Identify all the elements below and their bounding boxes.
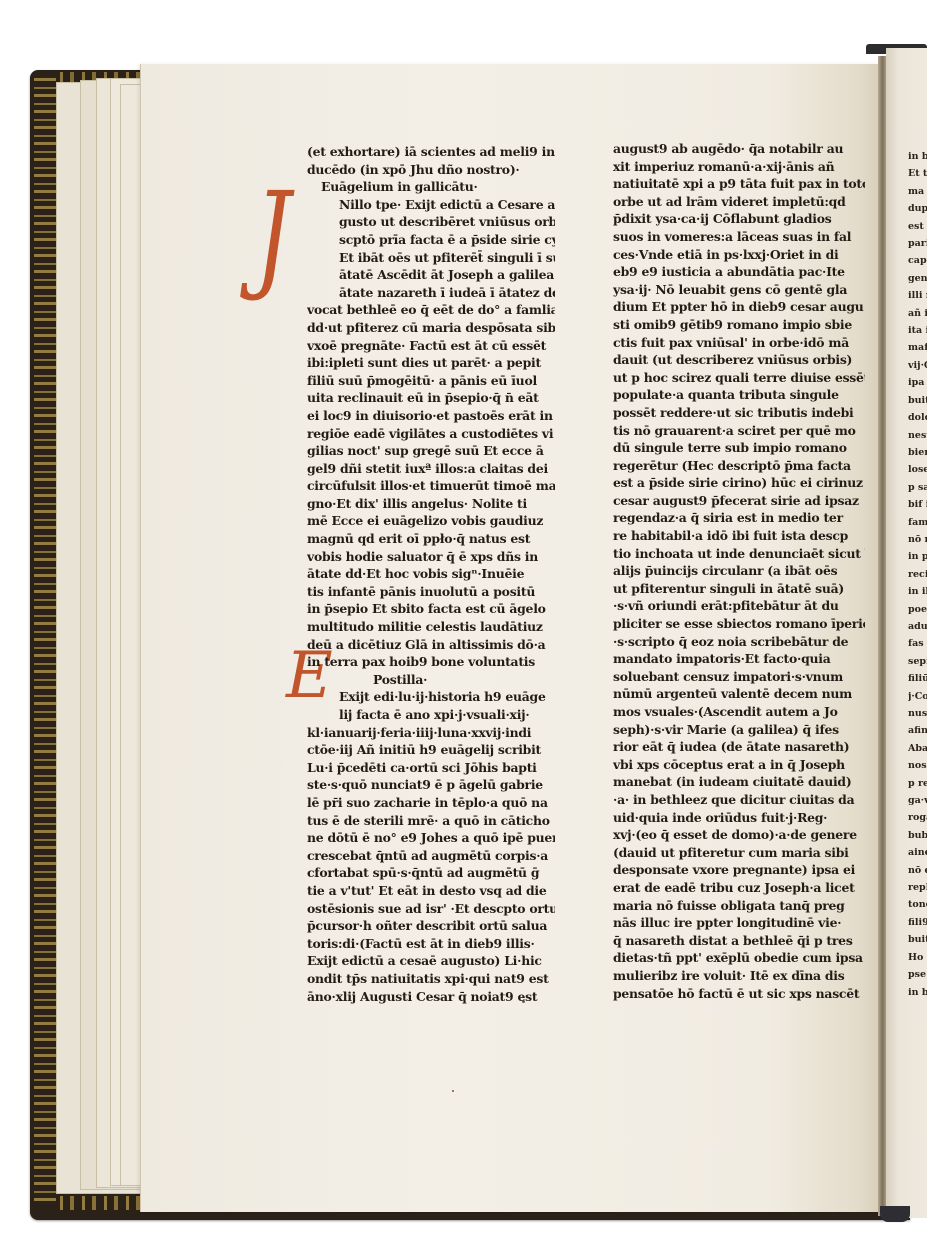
text-line: ·a· in bethleez que dicitur ciuitas da	[613, 791, 865, 809]
postilla-heading: Postilla·	[307, 671, 555, 689]
text-line: tio inchoata ut inde denunciaēt sicut ī	[613, 545, 865, 563]
text-line: mandato impatoris·Et facto·quia	[613, 650, 865, 668]
text-line: scptō prīa facta ē a p̄side sirie cyrino	[307, 231, 555, 249]
facing-text-line: aine	[908, 844, 927, 861]
facing-text-line: illi m	[908, 287, 927, 304]
text-line: dietas·tñ ppt' exēplū obedie cum ipsa	[613, 949, 865, 967]
text-line: crescebat q̄ntū ad augmētū corpis·a	[307, 847, 555, 865]
text-line: regerētur (Hec descriptō p̄ma facta	[613, 457, 865, 475]
facing-text-line: vij·G	[908, 357, 927, 374]
text-line: lē pr̄i suo zacharie in tēplo·a quō na	[307, 794, 555, 812]
facing-text-line: pse	[908, 966, 927, 983]
left-text-column: (et exhortare) iā scientes ad meli9 indu…	[307, 143, 555, 1005]
text-line: pliciter se esse sbiectos romano īperio	[613, 615, 865, 633]
facing-text-line: p sap	[908, 479, 927, 496]
text-line: Exijt edictū a cesaē augusto) Li·hic	[307, 952, 555, 970]
facing-text-line: j·Cog	[908, 688, 927, 705]
text-line: manebat (in iudeam ciuitatē dauid)	[613, 773, 865, 791]
text-line: Euāgelium in gallicātu·	[307, 178, 555, 196]
facing-text-line: parit	[908, 235, 927, 252]
facing-text-line: nō rei	[908, 531, 927, 548]
text-line: (dauid ut pfiteretur cum maria sibi	[613, 844, 865, 862]
text-line: ne dōtū ē no° e9 Johes a quō ipē puer	[307, 829, 555, 847]
facing-text-line: afin9	[908, 722, 927, 739]
text-line: ātate dd·Et hoc vobis sigⁿ·Inuēie	[307, 565, 555, 583]
text-line: kl·ianuarij·feria·iiij·luna·xxvij·indi	[307, 724, 555, 742]
text-line: orbe ut ad lrām videret impletū:qd	[613, 193, 865, 211]
text-line: ostēsionis sue ad isr' ·Et descpto ortu	[307, 900, 555, 918]
facing-text-line: biem	[908, 444, 927, 461]
text-line: dd·ut pfiterez cū maria despōsata sibi	[307, 319, 555, 337]
facing-text-line: Ho	[908, 949, 927, 966]
text-line: p̄dixit ysa·ca·ij Cōflabunt gladios	[613, 210, 865, 228]
facing-text-line: dup c	[908, 200, 927, 217]
text-line: ste·s·quō nunciat9 ē p āgelū gabrie	[307, 776, 555, 794]
text-line: ces·Vnde etiā in ps·lxxj·Oriet in di	[613, 246, 865, 264]
text-line: gel9 dñi stetit iuxª illos:a claitas dei	[307, 460, 555, 478]
facing-text-line: genit	[908, 270, 927, 287]
text-line: Nillo tpe· Exijt edictū a Cesare au	[307, 196, 555, 214]
text-line: ctōe·iij Añ initiū h9 euāgelij scribit	[307, 741, 555, 759]
facing-text-line: nō er	[908, 862, 927, 879]
text-line: desponsate vxore pregnante) ipsa ei	[613, 861, 865, 879]
text-line: ·s·vñ oriundi erāt:pfitebātur āt du	[613, 597, 865, 615]
facing-text-line: dolo	[908, 409, 927, 426]
facing-text-line: nus p	[908, 705, 927, 722]
book-gutter	[878, 56, 886, 1216]
facing-text-line: mafst	[908, 339, 927, 356]
text-line: xit imperiuz romanū·a·xij·ānis añ	[613, 158, 865, 176]
facing-text-line: lose g	[908, 461, 927, 478]
text-line: maria nō fuisse obligata tanq̄ preg	[613, 897, 865, 915]
text-line: soluebant censuz impatori·s·vnum	[613, 668, 865, 686]
text-line: ducēdo (in xpō Jhu dño nostro)·	[307, 161, 555, 179]
text-line: eb9 e9 iusticia a abundātia pac·Ite	[613, 263, 865, 281]
text-line: suos in vomeres:a lāceas suas in fal	[613, 228, 865, 246]
text-line: gusto ut describēret vniūsus orb·h̄ de	[307, 213, 555, 231]
facing-text-line: ma ci	[908, 183, 927, 200]
facing-text-line: tono	[908, 896, 927, 913]
text-line: multitudo militie celestis laudātiuz	[307, 618, 555, 636]
facing-page-text: in betEt tuma cidup cest oparitcaptageni…	[908, 148, 927, 1001]
facing-text-line: in pta	[908, 548, 927, 565]
text-line: lij facta ē ano xpi·j·vsuali·xij·	[307, 706, 555, 724]
text-line: nās illuc ire ppter longitudinē vie·	[613, 914, 865, 932]
text-line: p̄cursor·h oñter describit ortū salua	[307, 917, 555, 935]
text-line: possēt reddere·ut sic tributis indebi	[613, 404, 865, 422]
facing-cover-bottom	[880, 1206, 910, 1222]
text-line: ibi:ipleti sunt dies ut parēt· a pepit	[307, 354, 555, 372]
text-line: cfortabat spū·s·q̄ntū ad augmētū ḡ	[307, 864, 555, 882]
text-line: natiuitatē xpi a p9 tāta fuit pax in tot…	[613, 175, 865, 193]
text-line: vbi xps cōceptus erat a in q̄ Joseph	[613, 756, 865, 774]
facing-text-line: poen	[908, 601, 927, 618]
facing-text-line: bif in	[908, 496, 927, 513]
facing-text-line: roga	[908, 809, 927, 826]
text-line: Et ibāt oēs ut pfiterēt̄ singuli ī suaz	[307, 249, 555, 267]
facing-text-line: añ illi	[908, 305, 927, 322]
text-line: vxoē pregnāte· Factū est āt cū essēt	[307, 337, 555, 355]
facing-text-line: nesu	[908, 427, 927, 444]
facing-text-line: est o	[908, 218, 927, 235]
text-line: re habitabil·a idō ibi fuit ista descp	[613, 527, 865, 545]
text-line: āno·xlij Augusti Cesar q̄ noiat9 est	[307, 988, 555, 1006]
text-line: ātate nazareth ī iudeā ī ātatez dd q̄	[307, 284, 555, 302]
gilt-border-left	[34, 78, 56, 1202]
facing-text-line: bubi	[908, 827, 927, 844]
text-line: populate·a quanta tributa singule	[613, 386, 865, 404]
facing-text-line: in bet	[908, 148, 927, 165]
text-line: vobis hodie saluator q̄ ē xps dñs in	[307, 548, 555, 566]
facing-text-line: capta	[908, 252, 927, 269]
text-line: tis infantē pānis inuolutū a positū	[307, 583, 555, 601]
rubricated-initial-j: J	[255, 176, 290, 294]
right-text-column: august9 ab augēdo· q̄a notabilr auxit im…	[613, 140, 865, 1002]
facing-text-line: buit	[908, 931, 927, 948]
facing-text-line: buit	[908, 392, 927, 409]
text-line: ctis fuit pax vniūsal' in orbe·idō mā	[613, 334, 865, 352]
text-line: toris:di·(Factū est āt in dieb9 illis·	[307, 935, 555, 953]
text-line: rior eāt q̄ iudea (de ātate nasareth)	[613, 738, 865, 756]
text-line: cesar august9 p̄fecerat sirie ad ipsaz	[613, 492, 865, 510]
facing-text-line: ipa te	[908, 374, 927, 391]
text-line: Exijt edi·lu·ij·historia h9 euāge	[307, 688, 555, 706]
text-line: deū a dicētiuz Glā in altissimis dō·a	[307, 636, 555, 654]
text-line: ·s·scripto q̄ eoz noia scribebātur de	[613, 633, 865, 651]
text-line: pensatōe hō factū ē ut sic xps nascēt	[613, 985, 865, 1003]
text-line: regiōe eadē vigilātes a custodiētes vi	[307, 425, 555, 443]
paper-spot	[452, 1090, 454, 1092]
facing-page: in betEt tuma cidup cest oparitcaptageni…	[886, 48, 927, 1218]
facing-text-line: aduen	[908, 618, 927, 635]
text-line: in terra pax hoib9 bone voluntatis	[307, 653, 555, 671]
text-line: (et exhortare) iā scientes ad meli9 in	[307, 143, 555, 161]
text-line: est a p̄side sirie cirino) hūc ei cirinu…	[613, 474, 865, 492]
text-line: mulieribz ire voluit· Itē ex dīna dis	[613, 967, 865, 985]
text-line: dū singule terre sub impio romano	[613, 439, 865, 457]
text-line: tus ē de sterili mrē· a quō in cāticho	[307, 812, 555, 830]
facing-text-line: fam ol	[908, 514, 927, 531]
facing-text-line: Et tu	[908, 165, 927, 182]
facing-text-line: in bi	[908, 984, 927, 1001]
facing-text-line: ita in	[908, 322, 927, 339]
facing-text-line: ga·v	[908, 792, 927, 809]
facing-text-line: fas in	[908, 635, 927, 652]
facing-text-line: in illo	[908, 583, 927, 600]
text-line: mos vsuales·(Ascendit autem a Jo	[613, 703, 865, 721]
text-line: dium Et ppter hō in dieb9 cesar augu	[613, 298, 865, 316]
text-line: nūmū argenteū valentē decem num	[613, 685, 865, 703]
facing-text-line: recian	[908, 566, 927, 583]
text-line: circūfulsit illos·et timuerūt timoē ma	[307, 477, 555, 495]
facing-text-line: nosce	[908, 757, 927, 774]
text-line: tis nō grauarent·a sciret per quē mo	[613, 422, 865, 440]
text-line: q̄ nasareth distat a bethleē q̄i p tres	[613, 932, 865, 950]
text-line: in p̄sepio Et sbito facta est cū āgelo	[307, 600, 555, 618]
text-line: ondit tp̄s natiuitatis xpi·qui nat9 est	[307, 970, 555, 988]
text-line: erat de eadē tribu cuz Joseph·a licet	[613, 879, 865, 897]
text-line: gilias noct' sup gregē suū Et ecce ā	[307, 442, 555, 460]
text-line: ātatē Ascēdit āt Joseph a galilea de	[307, 266, 555, 284]
facing-text-line: sepiup	[908, 653, 927, 670]
text-line: alijs p̄uincijs circulanr (a ibāt oēs	[613, 562, 865, 580]
text-line: mē Ecce ei euāgelizo vobis gaudiuz	[307, 512, 555, 530]
text-line: vocat bethleē eo q̄ eēt de do° a famlia	[307, 301, 555, 319]
text-line: ei loc9 in diuisorio·et pastoēs erāt in	[307, 407, 555, 425]
text-line: ysa·ij· Nō leuabit gens cō gentē gla	[613, 281, 865, 299]
text-line: dauit (ut describerez vniūsus orbis)	[613, 351, 865, 369]
text-line: Lu·i p̄cedēti ca·ortū sci Jōhis bapti	[307, 759, 555, 777]
text-line: ut p hoc scirez quali terre diuise essēt	[613, 369, 865, 387]
facing-text-line: Abad	[908, 740, 927, 757]
text-line: xvj·(eo q̄ esset de domo)·a·de genere	[613, 826, 865, 844]
text-line: sti omib9 gētib9 romano impio sbie	[613, 316, 865, 334]
text-line: regendaz·a q̄ siria est in medio ter	[613, 509, 865, 527]
facing-text-line: rephi	[908, 879, 927, 896]
text-line: uita reclinauit eū in p̄sepio·q̄ n̄ eāt	[307, 389, 555, 407]
text-line: gno·Et dix' illis angelus· Nolite ti	[307, 495, 555, 513]
facing-text-line: fili9	[908, 914, 927, 931]
text-line: filiū suū p̄mogēitū· a pānis eū īuol	[307, 372, 555, 390]
text-line: tie a v'tut' Et eāt in desto vsq ad die	[307, 882, 555, 900]
facing-text-line: p re f	[908, 775, 927, 792]
text-line: magnū qd erit oī ppło·q̄ natus est	[307, 530, 555, 548]
text-line: ut pfiterentur singuli in ātatē suā)	[613, 580, 865, 598]
facing-text-line: filiū n	[908, 670, 927, 687]
text-line: uid·quia inde oriūdus fuit·j·Reg·	[613, 809, 865, 827]
text-line: seph)·s·vir Marie (a galilea) q̄ ifes	[613, 721, 865, 739]
text-line: august9 ab augēdo· q̄a notabilr au	[613, 140, 865, 158]
